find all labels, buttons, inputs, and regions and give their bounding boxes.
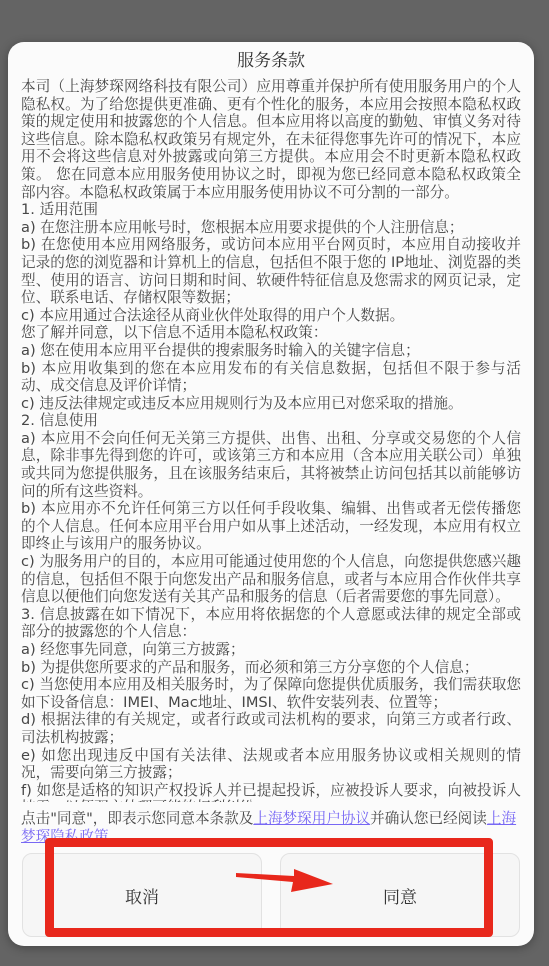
- terms-dialog: 服务条款 本司（上海梦琛网络科技有限公司）应用尊重并保护所有使用服务用户的个人隐…: [8, 42, 534, 946]
- terms-paragraph: b) 在您使用本应用网络服务，或访问本应用平台网页时，本应用自动接收并记录的您的…: [21, 236, 521, 306]
- cancel-button[interactable]: 取消: [22, 853, 262, 937]
- dialog-title: 服务条款: [8, 49, 534, 73]
- consent-note-suffix: 。: [109, 828, 124, 845]
- terms-paragraph: c) 本应用通过合法途径从商业伙伴处取得的用户个人数据。: [21, 307, 521, 325]
- terms-paragraph: c) 违反法律规定或违反本应用规则行为及本应用已对您采取的措施。: [21, 395, 521, 413]
- terms-paragraph: a) 在您注册本应用帐号时，您根据本应用要求提供的个人注册信息；: [21, 219, 521, 237]
- terms-paragraph: a) 经您事先同意，向第三方披露；: [21, 641, 521, 659]
- agree-button[interactable]: 同意: [280, 853, 520, 937]
- button-row: 取消 同意: [22, 853, 520, 937]
- terms-paragraph: 3. 信息披露在如下情况下，本应用将依据您的个人意愿或法律的规定全部或部分的披露…: [21, 606, 521, 641]
- terms-paragraph: 本司（上海梦琛网络科技有限公司）应用尊重并保护所有使用服务用户的个人隐私权。为了…: [21, 78, 521, 201]
- terms-paragraph: f) 如您是适格的知识产权投诉人并已提起投诉，应被投诉人要求，向被投诉人披露，以…: [21, 782, 521, 802]
- consent-note-prefix: 点击"同意"，即表示您同意本条款及: [21, 810, 253, 827]
- terms-paragraph: b) 为提供您所要求的产品和服务，而必须和第三方分享您的个人信息；: [21, 659, 521, 677]
- terms-body-text[interactable]: 本司（上海梦琛网络科技有限公司）应用尊重并保护所有使用服务用户的个人隐私权。为了…: [21, 78, 521, 802]
- terms-paragraph: b) 本应用亦不允许任何第三方以任何手段收集、编辑、出售或者无偿传播您的个人信息…: [21, 500, 521, 553]
- terms-paragraph: 2. 信息使用: [21, 412, 521, 430]
- user-agreement-link[interactable]: 上海梦琛用户协议: [253, 810, 370, 827]
- consent-note: 点击"同意"，即表示您同意本条款及上海梦琛用户协议并确认您已经阅读上海梦琛隐私政…: [21, 810, 521, 845]
- terms-paragraph: a) 本应用不会向任何无关第三方提供、出售、出租、分享或交易您的个人信息，除非事…: [21, 430, 521, 500]
- terms-paragraph: d) 根据法律的有关规定，或者行政或司法机构的要求，向第三方或者行政、司法机构披…: [21, 711, 521, 746]
- terms-paragraph: c) 为服务用户的目的，本应用可能通过使用您的个人信息，向您提供您感兴趣的信息，…: [21, 553, 521, 606]
- terms-paragraph: 1. 适用范围: [21, 201, 521, 219]
- terms-paragraph: a) 您在使用本应用平台提供的搜索服务时输入的关键字信息；: [21, 342, 521, 360]
- terms-paragraph: c) 当您使用本应用及相关服务时，为了保障向您提供优质服务，我们需获取您如下设备…: [21, 676, 521, 711]
- consent-note-middle: 并确认您已经阅读: [370, 810, 487, 827]
- terms-paragraph: e) 如您出现违反中国有关法律、法规或者本应用服务协议或相关规则的情况，需要向第…: [21, 747, 521, 782]
- terms-paragraph: b) 本应用收集到的您在本应用发布的有关信息数据，包括但不限于参与活动、成交信息…: [21, 360, 521, 395]
- terms-paragraph: 您了解并同意，以下信息不适用本隐私权政策：: [21, 324, 521, 342]
